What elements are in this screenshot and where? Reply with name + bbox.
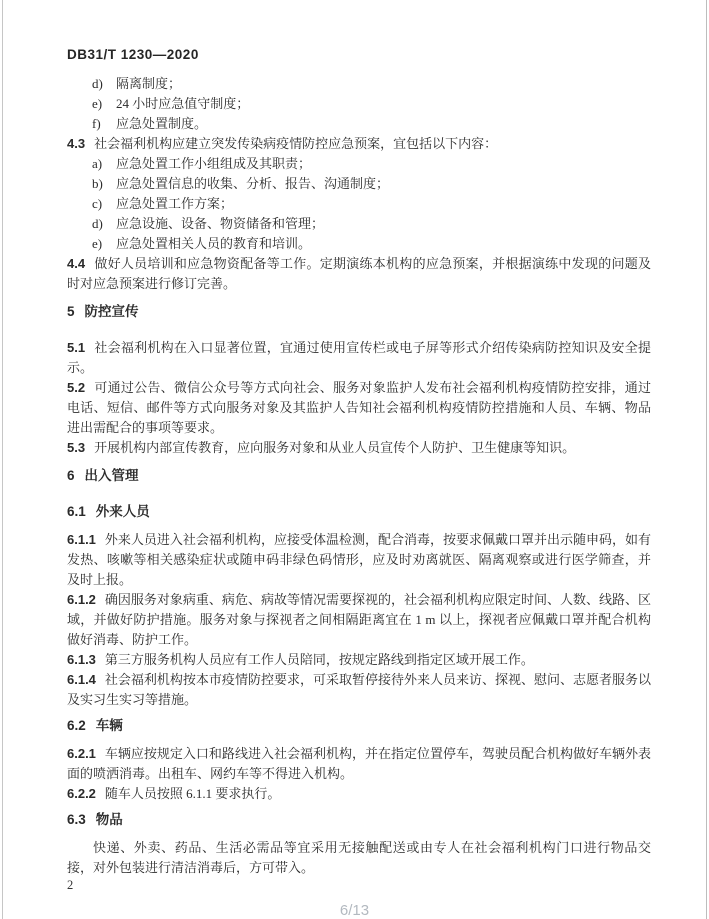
list-item-text: 应急处置制度。 — [116, 116, 207, 131]
clause-number: 6.2.1 — [67, 746, 96, 761]
subsection-title: 物品 — [96, 812, 123, 827]
subsection-heading: 6.2车辆 — [67, 716, 651, 736]
clause: 4.3社会福利机构应建立突发传染病疫情防控应急预案，宜包括以下内容： — [67, 134, 651, 154]
list-item: d)应急设施、设备、物资储备和管理； — [67, 214, 651, 234]
document-page: DB31/T 1230—2020 d)隔离制度； e)24 小时应急值守制度； … — [2, 0, 707, 919]
page-number: 2 — [67, 878, 73, 893]
subsection-title: 外来人员 — [96, 504, 150, 519]
clause-text: 第三方服务机构人员应有工作人员陪同，按规定路线到指定区域开展工作。 — [105, 652, 534, 667]
list-item: a)应急处置工作小组组成及其职责； — [67, 154, 651, 174]
section-heading: 5防控宣传 — [67, 302, 651, 322]
list-item-letter: b) — [92, 174, 116, 194]
clause-text: 社会福利机构按本市疫情防控要求，可采取暂停接待外来人员来访、探视、慰问、志愿者服… — [67, 672, 651, 707]
clause-text: 确因服务对象病重、病危、病故等情况需要探视的，社会福利机构应限定时间、人数、线路… — [67, 592, 651, 647]
clause: 5.1社会福利机构在入口显著位置，宜通过使用宣传栏或电子屏等形式介绍传染病防控知… — [67, 338, 651, 378]
clause-text: 社会福利机构在入口显著位置，宜通过使用宣传栏或电子屏等形式介绍传染病防控知识及安… — [67, 340, 651, 375]
list-item-letter: e) — [92, 234, 116, 254]
list-item: d)隔离制度； — [67, 74, 651, 94]
section-number: 6 — [67, 468, 75, 483]
clause-text: 随车人员按照 6.1.1 要求执行。 — [105, 786, 281, 801]
clause-text: 社会福利机构应建立突发传染病疫情防控应急预案，宜包括以下内容： — [94, 136, 497, 151]
list-item-text: 应急处置相关人员的教育和培训。 — [116, 236, 311, 251]
clause-number: 5.1 — [67, 340, 85, 355]
clause: 5.2可通过公告、微信公众号等方式向社会、服务对象监护人发布社会福利机构疫情防控… — [67, 378, 651, 438]
list-item-letter: d) — [92, 214, 116, 234]
clause-text: 外来人员进入社会福利机构，应接受体温检测，配合消毒，按要求佩戴口罩并出示随申码，… — [67, 532, 651, 587]
section-heading: 6出入管理 — [67, 466, 651, 486]
clause: 4.4做好人员培训和应急物资配备等工作。定期演练本机构的应急预案，并根据演练中发… — [67, 254, 651, 294]
section-title: 防控宣传 — [85, 304, 139, 319]
pdf-page-indicator: 6/13 — [3, 902, 706, 919]
subsection-number: 6.3 — [67, 812, 86, 827]
list-item-letter: a) — [92, 154, 116, 174]
subsection-number: 6.1 — [67, 504, 86, 519]
list-item: f)应急处置制度。 — [67, 114, 651, 134]
clause-number: 6.1.1 — [67, 532, 96, 547]
clause-text: 开展机构内部宣传教育，应向服务对象和从业人员宣传个人防护、卫生健康等知识。 — [94, 440, 575, 455]
section-number: 5 — [67, 304, 75, 319]
clause-number: 4.3 — [67, 136, 85, 151]
list-item: b)应急处置信息的收集、分析、报告、沟通制度； — [67, 174, 651, 194]
list-item-text: 隔离制度； — [116, 76, 181, 91]
list-item: c)应急处置工作方案； — [67, 194, 651, 214]
paragraph: 快递、外卖、药品、生活必需品等宜采用无接触配送或由专人在社会福利机构门口进行物品… — [67, 838, 651, 878]
list-item-text: 24 小时应急值守制度； — [116, 96, 249, 111]
clause: 6.1.3第三方服务机构人员应有工作人员陪同，按规定路线到指定区域开展工作。 — [67, 650, 651, 670]
subsection-title: 车辆 — [96, 718, 123, 733]
subsection-heading: 6.1外来人员 — [67, 502, 651, 522]
list-item-text: 应急处置工作方案； — [116, 196, 233, 211]
clause-number: 6.1.4 — [67, 672, 96, 687]
clause-number: 6.1.3 — [67, 652, 96, 667]
clause: 6.1.1外来人员进入社会福利机构，应接受体温检测，配合消毒，按要求佩戴口罩并出… — [67, 530, 651, 590]
document-body: d)隔离制度； e)24 小时应急值守制度； f)应急处置制度。 4.3社会福利… — [67, 74, 651, 878]
clause: 5.3开展机构内部宣传教育，应向服务对象和从业人员宣传个人防护、卫生健康等知识。 — [67, 438, 651, 458]
clause-text: 做好人员培训和应急物资配备等工作。定期演练本机构的应急预案，并根据演练中发现的问… — [67, 256, 651, 291]
standard-number-header: DB31/T 1230—2020 — [67, 47, 199, 62]
subsection-number: 6.2 — [67, 718, 86, 733]
clause: 6.2.1车辆应按规定入口和路线进入社会福利机构，并在指定位置停车，驾驶员配合机… — [67, 744, 651, 784]
list-item-text: 应急处置工作小组组成及其职责； — [116, 156, 311, 171]
list-item-letter: f) — [92, 114, 116, 134]
clause: 6.1.4社会福利机构按本市疫情防控要求，可采取暂停接待外来人员来访、探视、慰问… — [67, 670, 651, 710]
clause-number: 4.4 — [67, 256, 85, 271]
clause-text: 可通过公告、微信公众号等方式向社会、服务对象监护人发布社会福利机构疫情防控安排，… — [67, 380, 651, 435]
clause-number: 6.1.2 — [67, 592, 96, 607]
clause-text: 车辆应按规定入口和路线进入社会福利机构，并在指定位置停车，驾驶员配合机构做好车辆… — [67, 746, 651, 781]
list-item-text: 应急设施、设备、物资储备和管理； — [116, 216, 324, 231]
clause-number: 5.2 — [67, 380, 85, 395]
list-item-text: 应急处置信息的收集、分析、报告、沟通制度； — [116, 176, 389, 191]
clause-number: 6.2.2 — [67, 786, 96, 801]
list-item-letter: c) — [92, 194, 116, 214]
list-item-letter: e) — [92, 94, 116, 114]
clause: 6.1.2确因服务对象病重、病危、病故等情况需要探视的，社会福利机构应限定时间、… — [67, 590, 651, 650]
clause-number: 5.3 — [67, 440, 85, 455]
list-item: e)应急处置相关人员的教育和培训。 — [67, 234, 651, 254]
subsection-heading: 6.3物品 — [67, 810, 651, 830]
section-title: 出入管理 — [85, 468, 139, 483]
list-item-letter: d) — [92, 74, 116, 94]
list-item: e)24 小时应急值守制度； — [67, 94, 651, 114]
clause: 6.2.2随车人员按照 6.1.1 要求执行。 — [67, 784, 651, 804]
